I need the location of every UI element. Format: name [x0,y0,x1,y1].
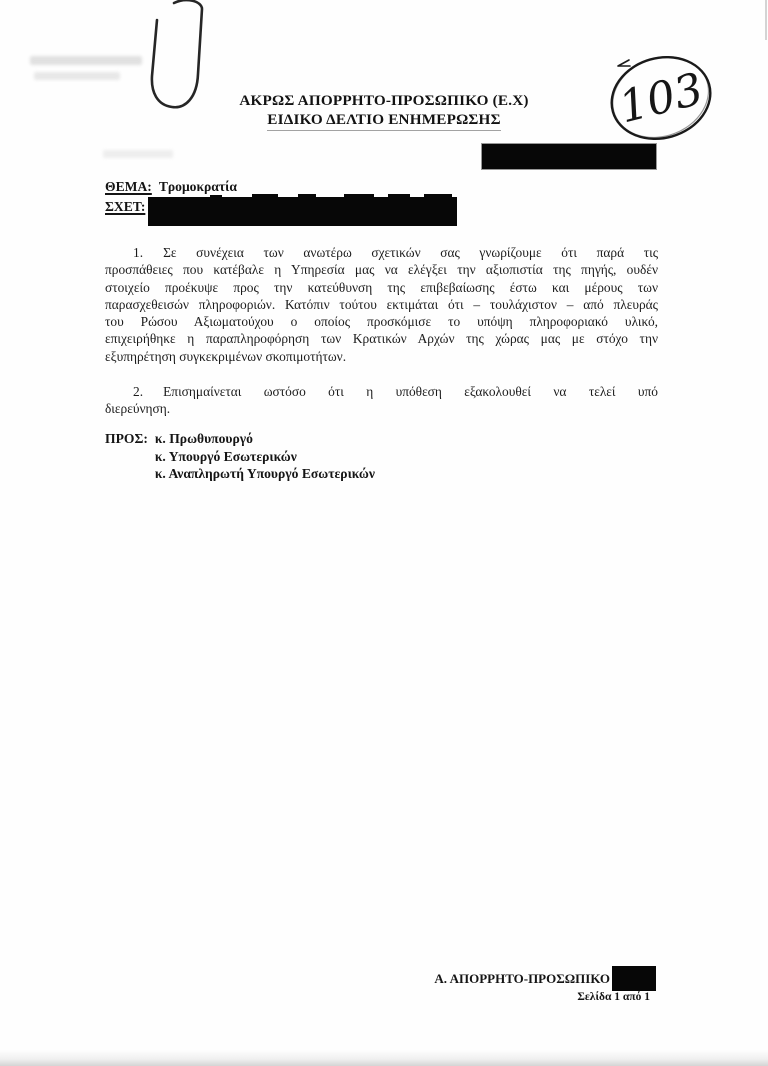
body-line: επιχειρήθηκε η παραπληροφόρηση των Κρατι… [105,330,658,347]
redaction-artifact [424,194,452,197]
paragraph-2: 2. Επισημαίνεται ωστόσο ότι η υπόθεση εξ… [105,383,658,418]
body-line: 1. Σε συνέχεια των ανωτέρω σχετικών σας … [105,244,658,261]
subject-line: ΘΕΜΑ:Τρομοκρατία [105,179,237,195]
reference-line: ΣΧΕΤ: [105,199,145,215]
scan-smudge [30,56,142,65]
classification-title: ΑΚΡΩΣ ΑΠΟΡΡΗΤΟ-ΠΡΟΣΩΠΙΚΟ (Ε.Χ) [0,91,768,110]
body-line: του Ρώσου Αξιωματούχου ο οποίος προσκόμι… [105,313,658,330]
body-line: παρασχεθεισών πληροφοριών. Κατόπιν τούτο… [105,296,658,313]
recipients-label: ΠΡΟΣ: [105,430,148,483]
footer-page-indicator: Σελίδα 1 από 1 [577,991,650,1003]
body-line: στοιχείο προέκυψε προς την κατεύθυνση τη… [105,279,658,296]
body-line: διερεύνηση. [105,400,658,417]
scan-smudge [103,150,173,158]
scan-edge-shadow [0,1050,768,1066]
recipients-list: κ. Πρωθυπουργό κ. Υπουργό Εσωτερικών κ. … [155,430,375,483]
recipient-item: κ. Αναπληρωτή Υπουργό Εσωτερικών [155,465,375,483]
redaction-artifact [210,195,222,197]
body-line: προσπάθειες που κατέβαλε η Υπηρεσία μας … [105,261,658,278]
recipient-item: κ. Πρωθυπουργό [155,430,375,448]
redaction-artifact [252,194,278,197]
body-line: εξυπηρέτηση συγκεκριμένων σκοπιμοτήτων. [105,348,658,365]
footer-classification: Α. ΑΠΟΡΡΗΤΟ-ΠΡΟΣΩΠΙΚΟ [434,971,610,987]
redaction-artifact [388,194,410,197]
subject-label: ΘΕΜΑ: [105,179,152,194]
redaction-artifact [344,194,374,197]
document-header: ΑΚΡΩΣ ΑΠΟΡΡΗΤΟ-ΠΡΟΣΩΠΙΚΟ (Ε.Χ) ΕΙΔΙΚΟ ΔΕ… [0,91,768,131]
document-body: 1. Σε συνέχεια των ανωτέρω σχετικών σας … [105,244,658,418]
footer-classification-line: Α. ΑΠΟΡΡΗΤΟ-ΠΡΟΣΩΠΙΚΟ [434,966,656,991]
document-type-title: ΕΙΔΙΚΟ ΔΕΛΤΙΟ ΕΝΗΜΕΡΩΣΗΣ [267,110,500,131]
scan-edge-line [765,0,767,40]
reference-label: ΣΧΕΤ: [105,199,145,214]
subject-value: Τρομοκρατία [159,179,237,194]
recipient-item: κ. Υπουργό Εσωτερικών [155,448,375,466]
paragraph-1: 1. Σε συνέχεια των ανωτέρω σχετικών σας … [105,244,658,365]
redaction-bar-top [481,143,657,170]
redaction-bar-footer [612,966,656,991]
scanned-document-page: 103 ΑΚΡΩΣ ΑΠΟΡΡΗΤΟ-ΠΡΟΣΩΠΙΚΟ (Ε.Χ) ΕΙΔΙΚ… [0,0,768,1066]
body-line: 2. Επισημαίνεται ωστόσο ότι η υπόθεση εξ… [105,383,658,400]
redaction-artifact [298,194,316,197]
recipients-block: ΠΡΟΣ: κ. Πρωθυπουργό κ. Υπουργό Εσωτερικ… [105,430,375,483]
redaction-bar-reference [148,197,457,226]
scan-smudge [34,72,120,80]
